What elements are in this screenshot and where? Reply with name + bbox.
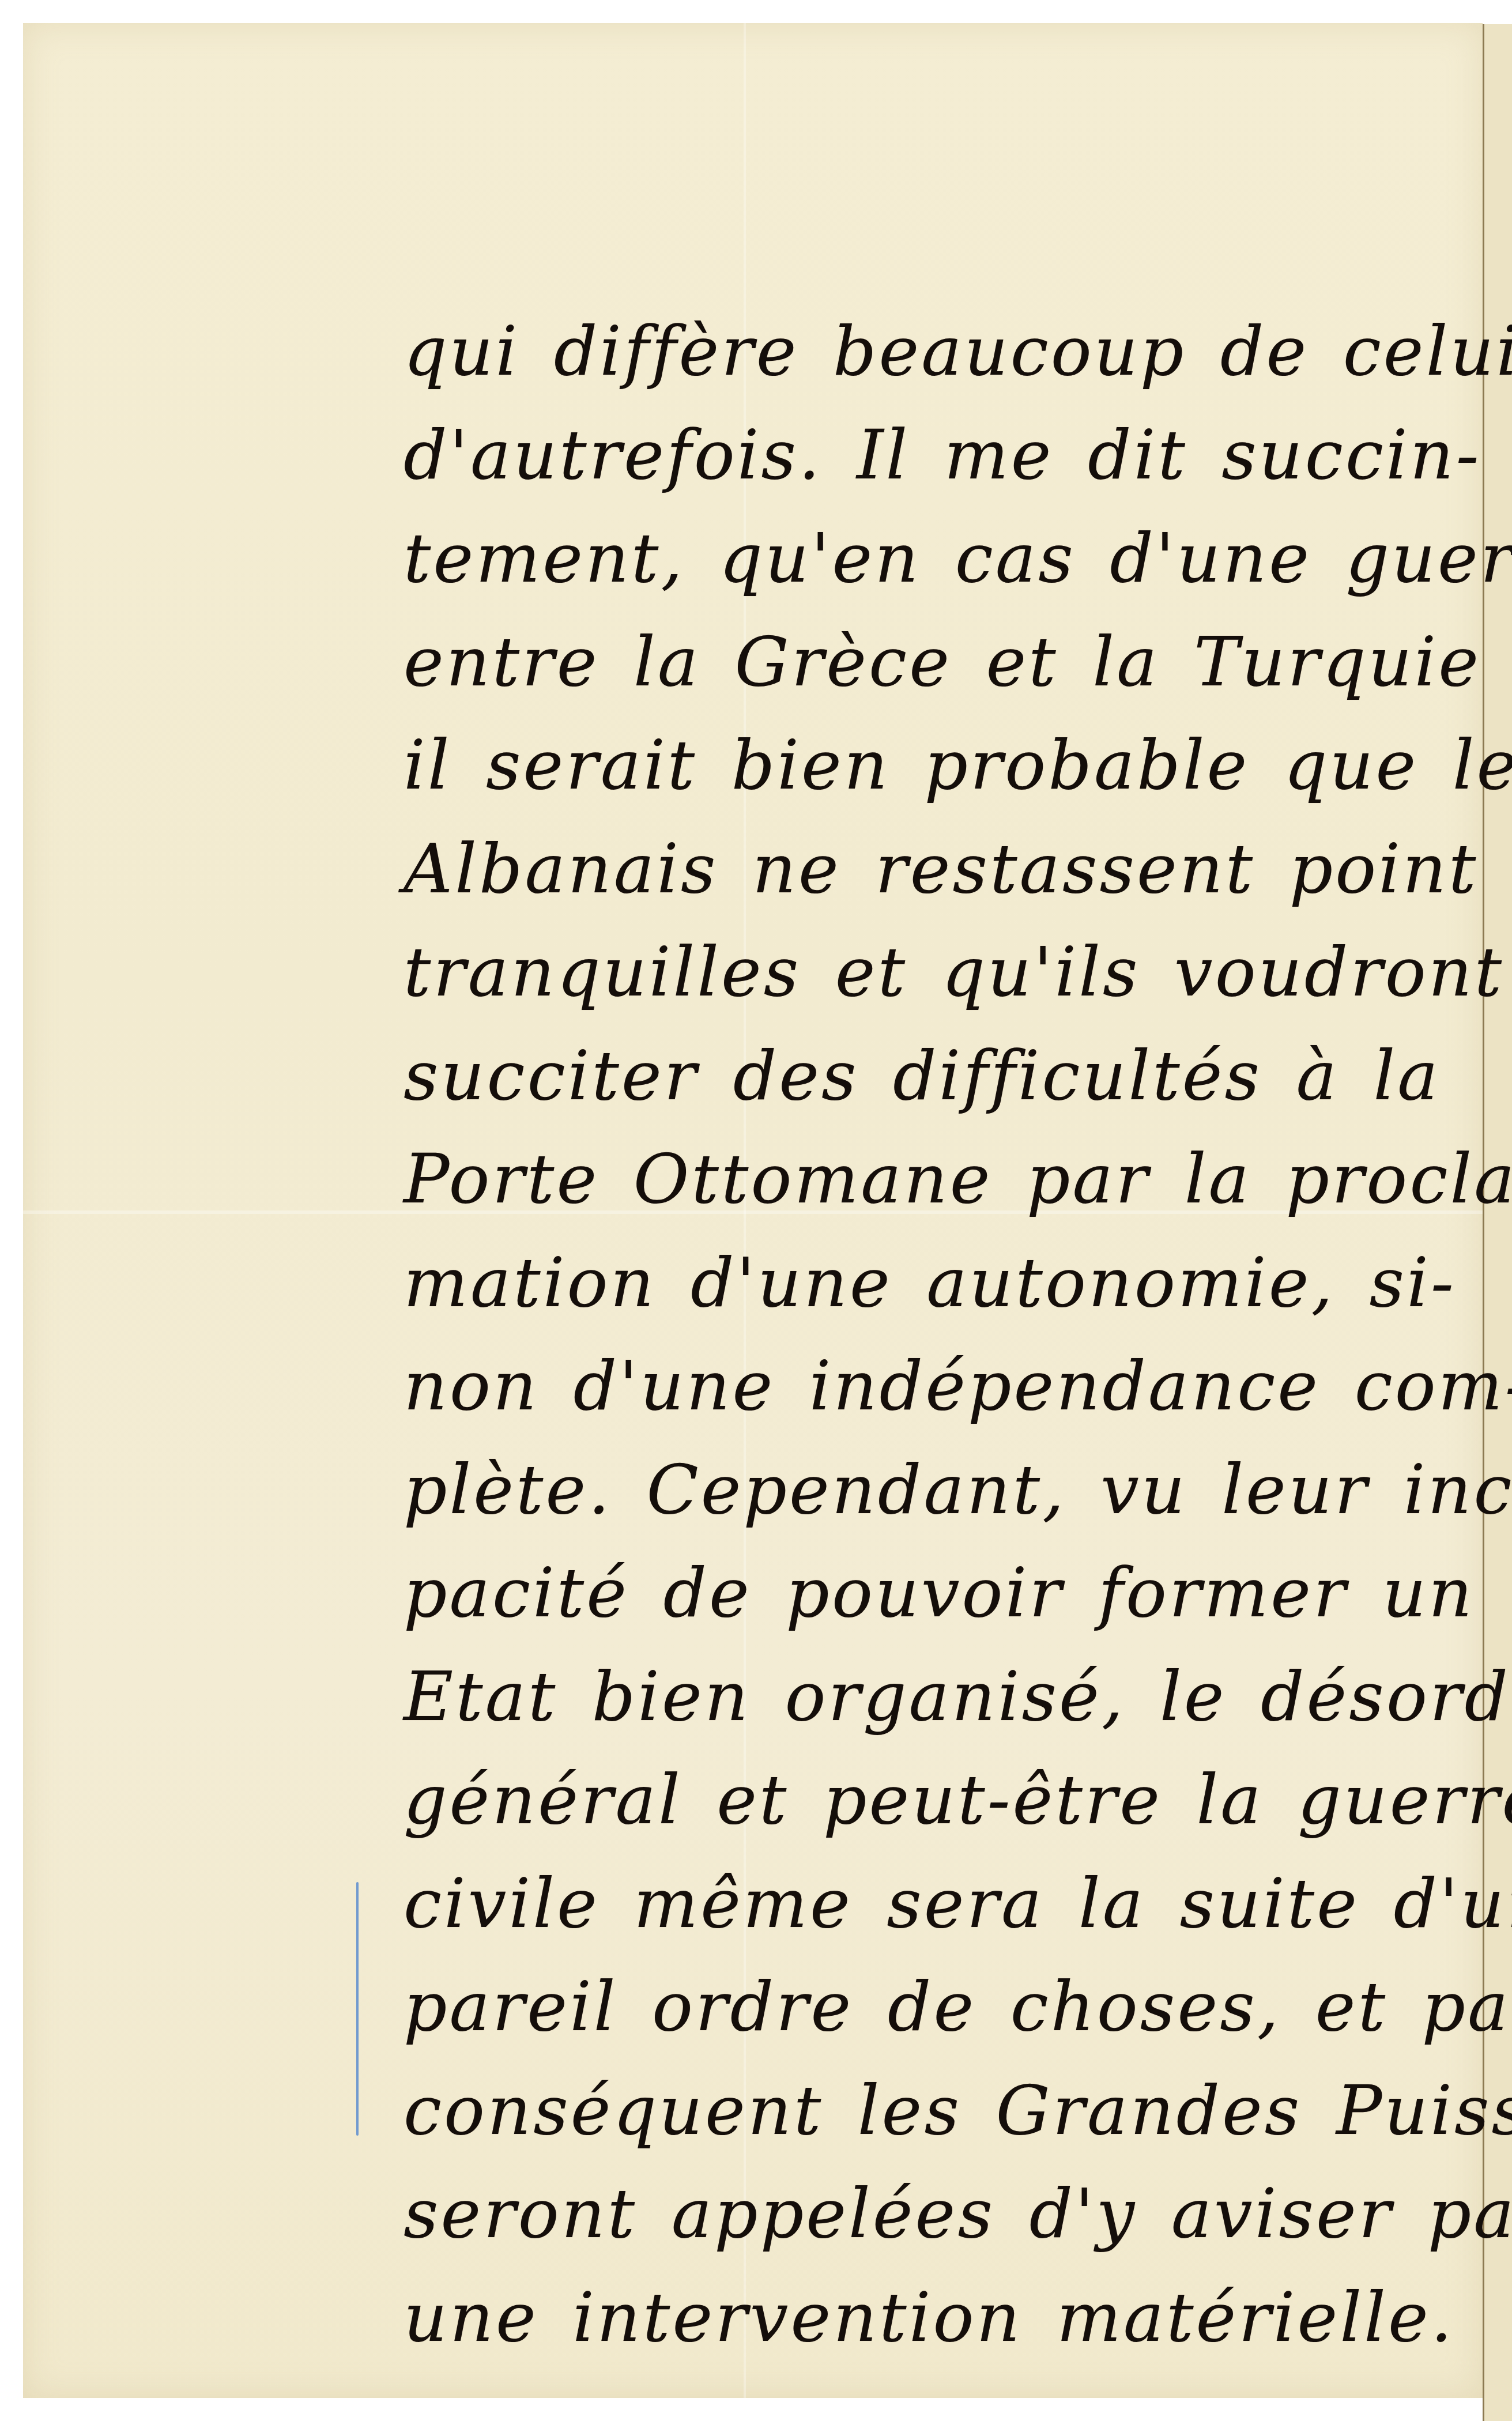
- text-line: une intervention matérielle.: [404, 2266, 1481, 2370]
- text-line: qui diffère beaucoup de celui: [404, 300, 1481, 403]
- text-line: Albanais ne restassent point: [404, 817, 1481, 921]
- text-line: il serait bien probable que les: [404, 714, 1481, 817]
- handwritten-text-block: qui diffère beaucoup de celui d'autrefoi…: [404, 300, 1481, 2369]
- text-line: civile même sera la suite d'un: [404, 1852, 1481, 1956]
- text-line: seront appelées d'y aviser par: [404, 2162, 1481, 2266]
- text-line: plète. Cependant, vu leur inca-: [404, 1438, 1481, 1542]
- text-line: conséquent les Grandes Puissances: [404, 2059, 1481, 2163]
- text-line: succiter des difficultés à la: [404, 1024, 1481, 1128]
- text-line: général et peut-être la guerre: [404, 1748, 1481, 1852]
- text-line: d'autrefois. Il me dit succin-: [404, 403, 1481, 507]
- text-line: non d'une indépendance com-: [404, 1334, 1481, 1438]
- text-line: tranquilles et qu'ils voudront: [404, 921, 1481, 1024]
- blue-pencil-margin-mark: [356, 1882, 359, 2136]
- text-line: pareil ordre de choses, et par: [404, 1955, 1481, 2059]
- text-line: tement, qu'en cas d'une guerre: [404, 507, 1481, 610]
- text-line: Etat bien organisé, le désordre: [404, 1645, 1481, 1749]
- text-line: Porte Ottomane par la procla-: [404, 1127, 1481, 1231]
- text-line: pacité de pouvoir former un: [404, 1541, 1481, 1645]
- text-line: entre la Grèce et la Turquie: [404, 610, 1481, 714]
- text-line: mation d'une autonomie, si-: [404, 1231, 1481, 1335]
